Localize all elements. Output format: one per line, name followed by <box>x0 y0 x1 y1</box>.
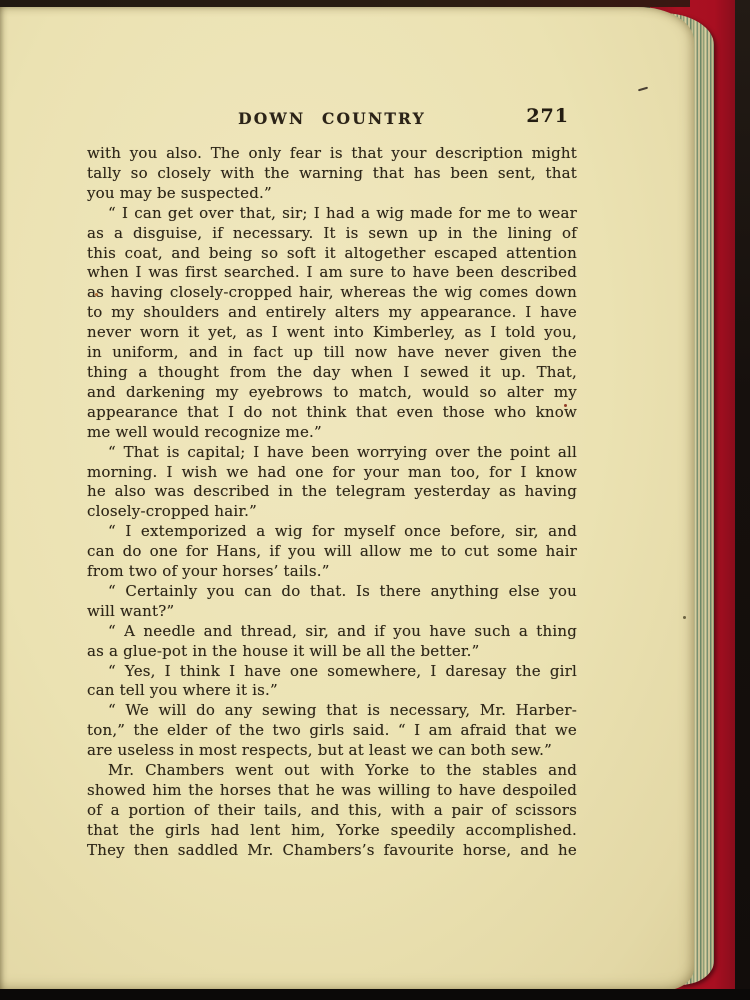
text-line: and darkening my eyebrows to match, woul… <box>87 383 577 403</box>
text-line: as a disguise, if necessary. It is sewn … <box>87 224 577 244</box>
ink-speck <box>95 293 98 296</box>
text-line: Mr. Chambers went out with Yorke to the … <box>87 761 577 781</box>
text-line: “ Yes, I think I have one somewhere, I d… <box>87 662 577 682</box>
text-line: you may be suspected.” <box>87 184 577 204</box>
text-line: of a portion of their tails, and this, w… <box>87 801 577 821</box>
text-line: are useless in most respects, but at lea… <box>87 741 577 761</box>
text-line: never worn it yet, as I went into Kimber… <box>87 323 577 343</box>
text-line: will want?” <box>87 602 577 622</box>
text-line: this coat, and being so soft it altogeth… <box>87 244 577 264</box>
text-line: me well would recognize me.” <box>87 423 577 443</box>
pen-mark <box>638 87 648 92</box>
photo-top-edge <box>0 0 690 7</box>
running-head: DOWN COUNTRY 271 <box>87 109 577 131</box>
text-line: “ A needle and thread, sir, and if you h… <box>87 622 577 642</box>
book-page: DOWN COUNTRY 271 with you also. The only… <box>0 7 694 990</box>
text-line: when I was first searched. I am sure to … <box>87 263 577 283</box>
text-line: “ That is capital; I have been worrying … <box>87 443 577 463</box>
text-line: ton,” the elder of the two girls said. “… <box>87 721 577 741</box>
text-line: in uniform, and in fact up till now have… <box>87 343 577 363</box>
text-line: that the girls had lent him, Yorke speed… <box>87 821 577 841</box>
text-line: he also was described in the telegram ye… <box>87 482 577 502</box>
ink-speck <box>564 404 567 407</box>
text-line: as a glue-pot in the house it will be al… <box>87 642 577 662</box>
text-line: showed him the horses that he was willin… <box>87 781 577 801</box>
page-number: 271 <box>526 105 569 127</box>
text-line: to my shoulders and entirely alters my a… <box>87 303 577 323</box>
text-line: from two of your horses’ tails.” <box>87 562 577 582</box>
text-line: “ I extemporized a wig for myself once b… <box>87 522 577 542</box>
photo-bottom-edge <box>0 989 750 1000</box>
text-line: can do one for Hans, if you will allow m… <box>87 542 577 562</box>
ink-speck <box>683 616 686 619</box>
text-line: “ I can get over that, sir; I had a wig … <box>87 204 577 224</box>
text-line: “ We will do any sewing that is necessar… <box>87 701 577 721</box>
chapter-title: DOWN COUNTRY <box>87 109 577 128</box>
text-line: morning. I wish we had one for your man … <box>87 463 577 483</box>
text-line: as having closely-cropped hair, whereas … <box>87 283 577 303</box>
text-block: with you also. The only fear is that you… <box>87 144 577 861</box>
text-line: closely-cropped hair.” <box>87 502 577 522</box>
text-line: tally so closely with the warning that h… <box>87 164 577 184</box>
text-line: They then saddled Mr. Chambers’s favouri… <box>87 841 577 861</box>
text-line: appearance that I do not think that even… <box>87 403 577 423</box>
background-shadow <box>735 0 750 1000</box>
text-line: “ Certainly you can do that. Is there an… <box>87 582 577 602</box>
text-line: thing a thought from the day when I sewe… <box>87 363 577 383</box>
text-line: can tell you where it is.” <box>87 681 577 701</box>
text-line: with you also. The only fear is that you… <box>87 144 577 164</box>
